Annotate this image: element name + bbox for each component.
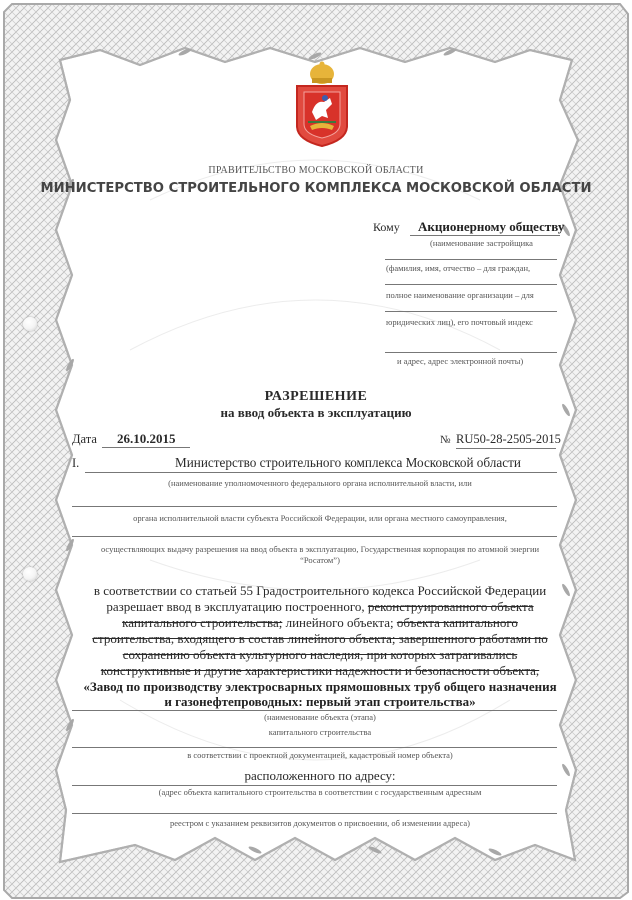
object-name: и газонефтепроводных: первый этап строит… bbox=[60, 694, 580, 710]
body-line: капитального строительства; линейного об… bbox=[60, 615, 580, 631]
document-title: РАЗРЕШЕНИЕ bbox=[0, 389, 632, 405]
permit-statement: разрешает ввод в эксплуатацию построенно… bbox=[106, 599, 364, 614]
struck-option: сохранению объекта культурного наследия,… bbox=[60, 647, 580, 663]
recipient-hint: юридических лиц), его почтовый индекс bbox=[386, 317, 533, 327]
field-underline bbox=[385, 259, 557, 260]
field-underline bbox=[72, 506, 557, 507]
date-label: Дата bbox=[72, 432, 97, 447]
recipient-value: Акционерному обществу bbox=[418, 219, 564, 235]
struck-option: конструктивные и другие характеристики н… bbox=[60, 663, 580, 679]
recipient-hint: полное наименование организации – для bbox=[386, 290, 534, 300]
recipient-underline bbox=[410, 235, 560, 236]
date-value: 26.10.2015 bbox=[117, 431, 176, 447]
object-hint: капитального строительства bbox=[60, 727, 580, 737]
address-hint: реестром с указанием реквизитов документ… bbox=[60, 818, 580, 828]
ministry-name: МИНИСТЕРСТВО СТРОИТЕЛЬНОГО КОМПЛЕКСА МОС… bbox=[0, 181, 632, 196]
selected-option: линейного объекта; bbox=[286, 615, 394, 630]
struck-option: строительства, входящего в состав линейн… bbox=[60, 631, 580, 647]
address-hint: (адрес объекта капитального строительств… bbox=[60, 787, 580, 797]
object-underline bbox=[72, 710, 557, 711]
field-underline bbox=[385, 311, 557, 312]
coat-of-arms-icon bbox=[292, 60, 352, 148]
struck-option: реконструированного объекта bbox=[368, 599, 534, 614]
field-underline bbox=[72, 536, 557, 537]
number-underline bbox=[456, 448, 556, 449]
object-name: «Завод по производству электросварных пр… bbox=[60, 679, 580, 695]
date-underline bbox=[102, 447, 190, 448]
recipient-hint: (фамилия, имя, отчество – для граждан, bbox=[386, 263, 530, 273]
recipient-label: Кому bbox=[373, 220, 400, 235]
authority-hint: “Росатом”) bbox=[60, 555, 580, 565]
issuing-authority: Министерство строительного комплекса Мос… bbox=[175, 455, 521, 471]
recipient-hint: и адрес, адрес электронной почты) bbox=[397, 356, 523, 366]
authority-hint: (наименование уполномоченного федерально… bbox=[60, 478, 580, 488]
field-underline bbox=[385, 352, 557, 353]
object-hint: (наименование объекта (этапа) bbox=[60, 712, 580, 722]
struck-option: объекта капитального bbox=[397, 615, 518, 630]
binding-hole-bottom bbox=[23, 567, 37, 581]
number-value: RU50-28-2505-2015 bbox=[456, 432, 561, 447]
field-underline bbox=[72, 747, 557, 748]
recipient-hint: (наименование застройщика bbox=[430, 238, 533, 248]
field-underline bbox=[385, 284, 557, 285]
authority-underline bbox=[85, 472, 557, 473]
body-line: в соответствии со статьей 55 Градостроит… bbox=[60, 583, 580, 599]
authority-hint: органа исполнительной власти субъекта Ро… bbox=[60, 513, 580, 523]
authority-hint: осуществляющих выдачу разрешения на ввод… bbox=[60, 544, 580, 554]
body-line: разрешает ввод в эксплуатацию построенно… bbox=[60, 599, 580, 615]
address-label: расположенного по адресу: bbox=[60, 768, 580, 784]
number-label: № bbox=[440, 434, 451, 446]
permit-document: ПРАВИТЕЛЬСТВО МОСКОВСКОЙ ОБЛАСТИ МИНИСТЕ… bbox=[0, 0, 632, 900]
government-name: ПРАВИТЕЛЬСТВО МОСКОВСКОЙ ОБЛАСТИ bbox=[0, 165, 632, 176]
address-underline bbox=[72, 785, 557, 786]
object-hint: в соответствии с проектной документацией… bbox=[60, 750, 580, 760]
document-subtitle: на ввод объекта в эксплуатацию bbox=[0, 405, 632, 421]
binding-hole-top bbox=[23, 317, 37, 331]
field-underline bbox=[72, 813, 557, 814]
section-index: I. bbox=[72, 456, 79, 471]
struck-option: капитального строительства; bbox=[122, 615, 282, 630]
